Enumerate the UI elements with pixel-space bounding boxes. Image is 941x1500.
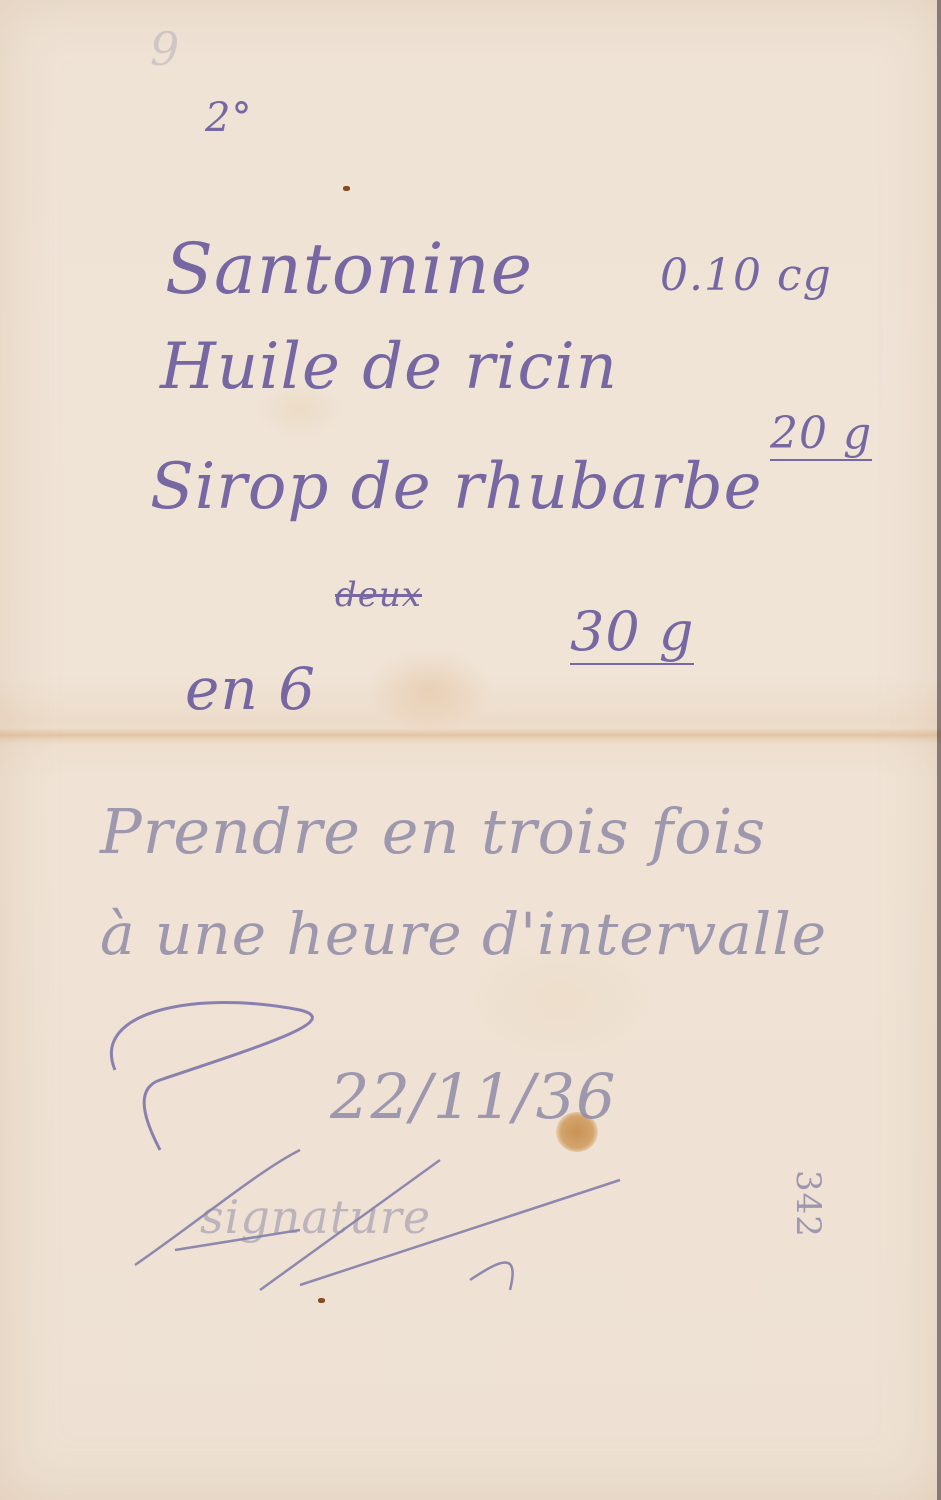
signature: signature	[200, 1190, 431, 1244]
document-page: 9 2° Santonine 0.10 cg Huile de ricin 20…	[0, 0, 941, 1500]
signature-strokes	[0, 0, 941, 1500]
archive-number: 342	[788, 1170, 828, 1238]
